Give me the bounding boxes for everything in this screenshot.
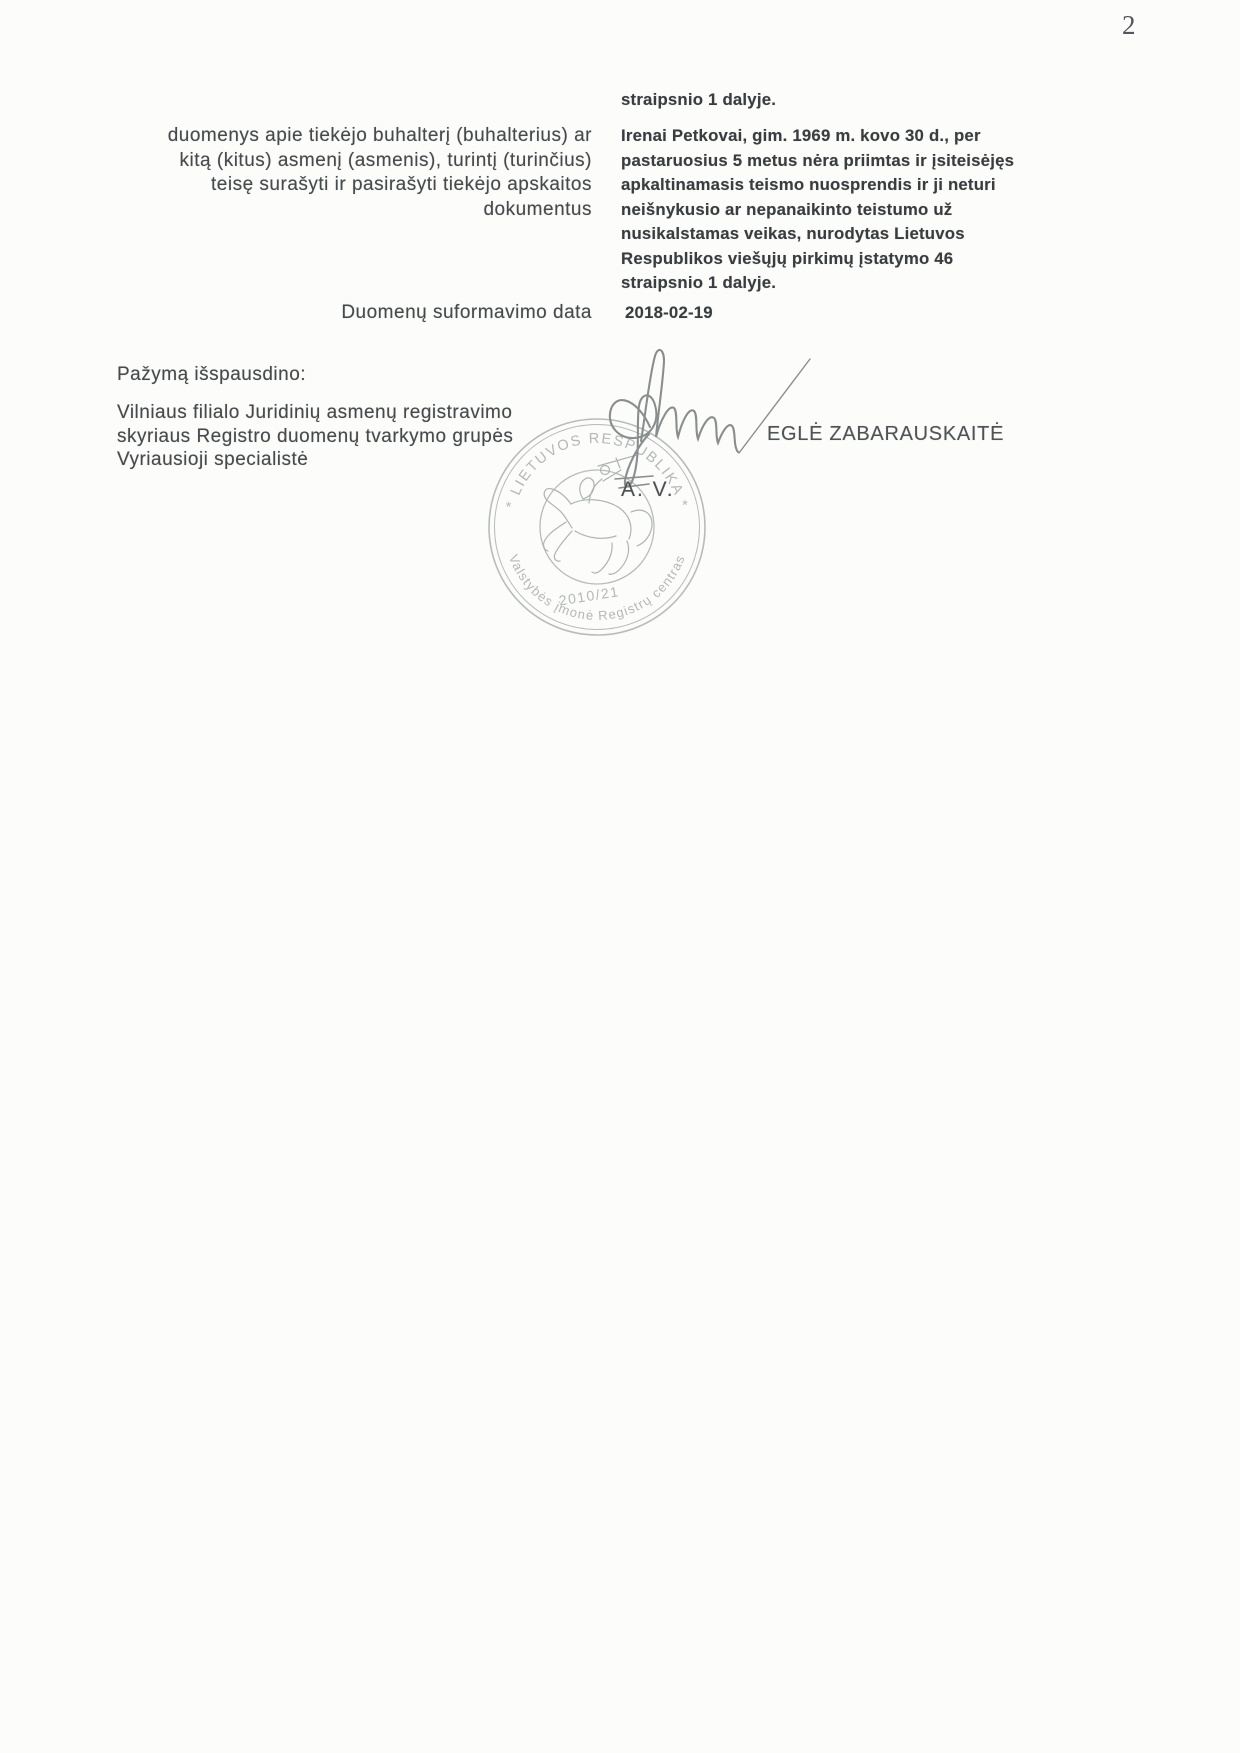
text-line: Respublikos viešųjų pirkimų įstatymo 46 — [621, 247, 1041, 272]
text-line: duomenys apie tiekėjo buhalterį (buhalte… — [100, 124, 592, 149]
signature-icon — [610, 350, 810, 488]
seal-place-label: A. V. — [621, 478, 675, 502]
record-label-block: duomenys apie tiekėjo buhalterį (buhalte… — [100, 124, 592, 222]
official-seal-icon: * LIETUVOS RESPUBLIKA * Valstybės įmonė … — [489, 419, 705, 635]
page-number: 2 — [1122, 10, 1136, 41]
text-line: straipsnio 1 dalyje. — [621, 271, 1041, 296]
text-line: apkaltinamasis teismo nuosprendis ir ji … — [621, 173, 1041, 198]
text-line: teisę surašyti ir pasirašyti tiekėjo aps… — [100, 173, 592, 198]
text-line: neišnykusio ar nepanaikinto teistumo už — [621, 198, 1041, 223]
text-line: pastaruosius 5 metus nėra priimtas ir įs… — [621, 149, 1041, 174]
text-line: Irenai Petkovai, gim. 1969 m. kovo 30 d.… — [621, 124, 1041, 149]
carryover-text-line: straipsnio 1 dalyje. — [621, 88, 776, 113]
seal-number: 2010/21 — [558, 583, 621, 608]
officer-name: EGLĖ ZABARAUSKAITĖ — [767, 423, 1004, 446]
formation-date-label: Duomenų suformavimo data — [100, 301, 592, 326]
record-value-block: Irenai Petkovai, gim. 1969 m. kovo 30 d.… — [621, 124, 1041, 296]
formation-date-value: 2018-02-19 — [625, 301, 713, 326]
text-line: dokumentus — [100, 198, 592, 223]
printed-by-heading: Pažymą išspausdino: — [117, 363, 306, 388]
text-line: kitą (kitus) asmenį (asmenis), turintį (… — [100, 149, 592, 174]
document-page: 2 straipsnio 1 dalyje. duomenys apie tie… — [0, 0, 1240, 1753]
text-line: nusikalstamas veikas, nurodytas Lietuvos — [621, 222, 1041, 247]
